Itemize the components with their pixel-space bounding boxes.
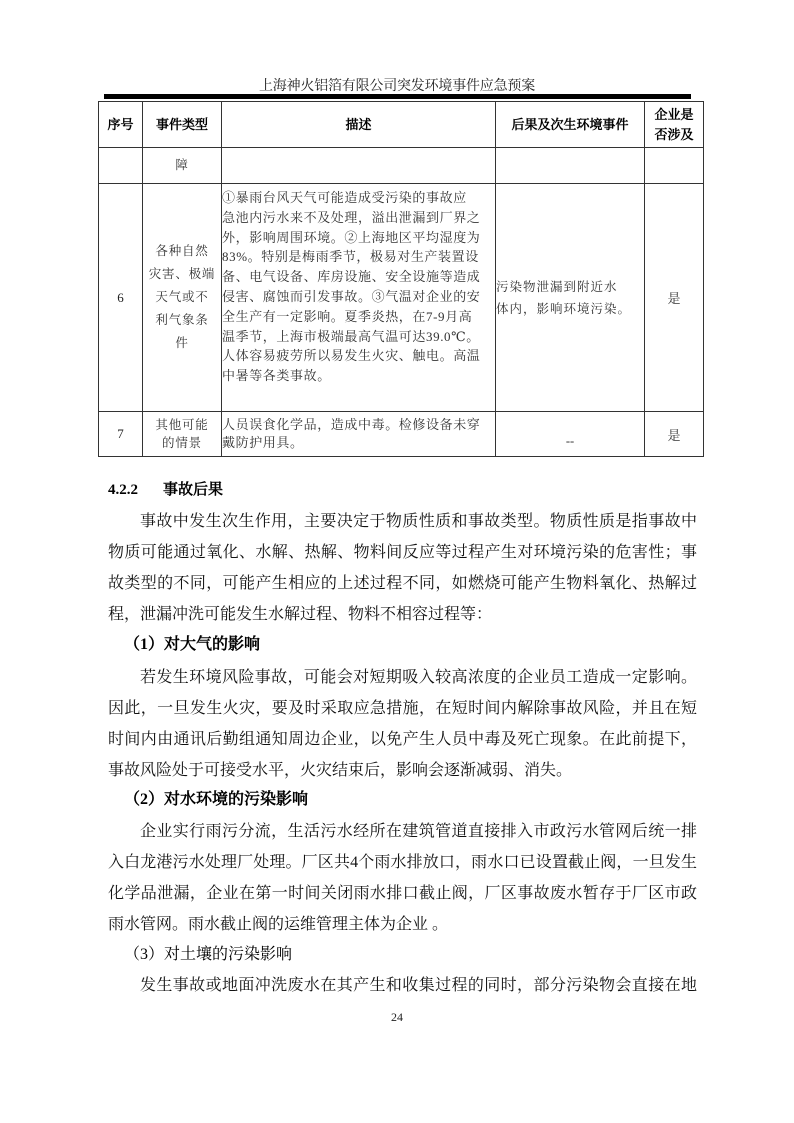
- paragraph-line: 物质可能通过氧化、水解、热解、物料间反应等过程产生对环境污染的危害性；事: [108, 537, 697, 568]
- column-header-event-type: 事件类型: [143, 102, 222, 148]
- cell-description: 人员误食化学品，造成中毒。检修设备未穿 戴防护用具。: [222, 412, 496, 457]
- air-impact-paragraph: 若发生环境风险事故，可能会对短期吸入较高浓度的企业员工造成一定影响。 因此，一旦…: [108, 662, 697, 786]
- paragraph-line: 故类型的不同，可能产生相应的上述过程不同，如燃烧可能产生物料氧化、热解过: [108, 568, 697, 599]
- paragraph-line: 程，泄漏冲洗可能发生水解过程、物料不相容过程等：: [108, 599, 697, 630]
- paragraph-line: 因此，一旦发生火灾，要及时采取应急措施，在短时间内解除事故风险，并且在短: [108, 693, 697, 724]
- table-row: 7 其他可能 的情景 人员误食化学品，造成中毒。检修设备未穿 戴防护用具。 --…: [99, 412, 704, 457]
- cell-no: 7: [99, 412, 143, 457]
- column-header-no: 序号: [99, 102, 143, 148]
- paragraph-line: 企业实行雨污分流，生活污水经所在建筑管道直接排入市政污水管网后统一排: [108, 816, 697, 847]
- subsection-title-water: （2）对水环境的污染影响: [124, 788, 308, 812]
- column-header-involved: 企业是 否涉及: [645, 102, 704, 148]
- cell-no: 6: [99, 184, 143, 412]
- intro-paragraph: 事故中发生次生作用，主要决定于物质性质和事故类型。物质性质是指事故中 物质可能通…: [108, 506, 697, 630]
- paragraph-line: 事故风险处于可接受水平，火灾结束后，影响会逐渐减弱、消失。: [108, 755, 697, 786]
- environmental-event-table: 序号 事件类型 描述 后果及次生环境事件 企业是 否涉及 障 6 各种自然 灾害…: [98, 101, 704, 457]
- header-rule: [104, 94, 691, 99]
- table-row: 障: [99, 148, 704, 184]
- page-number: 24: [0, 1009, 794, 1025]
- cell-event-type: 各种自然 灾害、极端 天气或不 利气象条 件: [143, 184, 222, 412]
- table-row: 6 各种自然 灾害、极端 天气或不 利气象条 件 ①暴雨台风天气可能造成受污染的…: [99, 184, 704, 412]
- column-header-consequence: 后果及次生环境事件: [496, 102, 645, 148]
- section-number: 4.2.2: [108, 478, 163, 502]
- document-page: 上海神火铝箔有限公司突发环境事件应急预案 序号 事件类型 描述 后果及次生环境事…: [0, 0, 794, 1123]
- paragraph-line: 发生事故或地面冲洗废水在其产生和收集过程的同时，部分污染物会直接在地: [108, 970, 697, 1001]
- cell-consequence: 污染物泄漏到附近水 体内，影响环境污染。: [496, 184, 645, 412]
- paragraph-line: 若发生环境风险事故，可能会对短期吸入较高浓度的企业员工造成一定影响。: [108, 662, 697, 693]
- cell-consequence: [496, 148, 645, 184]
- cell-involved: 是: [645, 412, 704, 457]
- column-header-description: 描述: [222, 102, 496, 148]
- paragraph-line: 入白龙港污水处理厂处理。厂区共4个雨水排放口，雨水口已设置截止阀，一旦发生: [108, 847, 697, 878]
- cell-involved: [645, 148, 704, 184]
- cell-no: [99, 148, 143, 184]
- cell-event-type: 障: [143, 148, 222, 184]
- section-title: 事故后果: [163, 482, 223, 498]
- cell-description: ①暴雨台风天气可能造成受污染的事故应 急池内污水来不及处理，溢出泄漏到厂界之 外…: [222, 184, 496, 412]
- paragraph-line: 时间内由通讯后勤组通知周边企业，以免产生人员中毒及死亡现象。在此前提下，: [108, 724, 697, 755]
- subsection-title-air: （1）对大气的影响: [124, 633, 260, 657]
- paragraph-line: 化学品泄漏，企业在第一时间关闭雨水排口截止阀，厂区事故废水暂存于厂区市政: [108, 878, 697, 909]
- cell-involved: 是: [645, 184, 704, 412]
- cell-consequence: --: [496, 412, 645, 457]
- paragraph-line: 雨水管网。雨水截止阀的运维管理主体为企业 。: [108, 909, 697, 940]
- cell-description: [222, 148, 496, 184]
- water-impact-paragraph: 企业实行雨污分流，生活污水经所在建筑管道直接排入市政污水管网后统一排 入白龙港污…: [108, 816, 697, 940]
- cell-event-type: 其他可能 的情景: [143, 412, 222, 457]
- section-heading: 4.2.2事故后果: [108, 478, 223, 502]
- soil-impact-paragraph: 发生事故或地面冲洗废水在其产生和收集过程的同时，部分污染物会直接在地: [108, 970, 697, 1001]
- table-header-row: 序号 事件类型 描述 后果及次生环境事件 企业是 否涉及: [99, 102, 704, 148]
- paragraph-line: 事故中发生次生作用，主要决定于物质性质和事故类型。物质性质是指事故中: [108, 506, 697, 537]
- subsection-title-soil: （3）对土壤的污染影响: [124, 943, 292, 967]
